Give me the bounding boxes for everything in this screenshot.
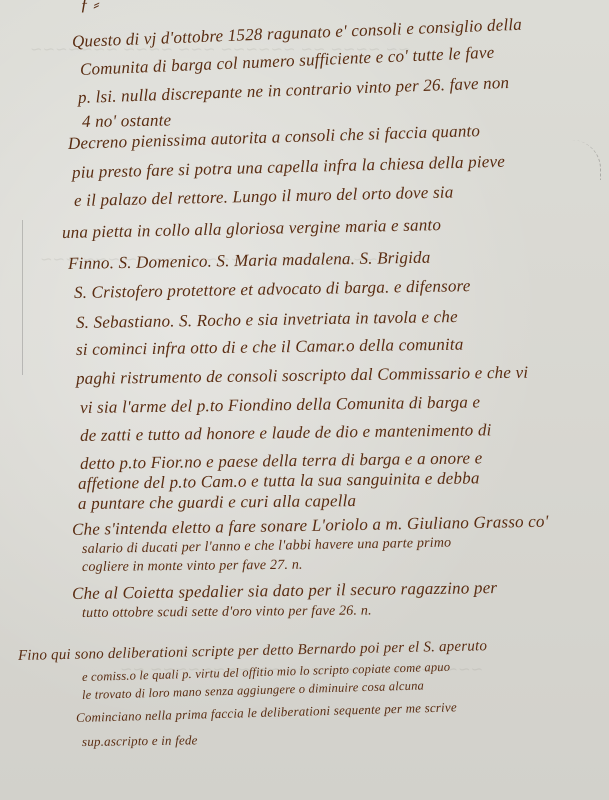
entry-2-line-5: Finno. S. Domenico. S. Maria madalena. S… xyxy=(68,248,431,274)
entry-2-line-4: una pietta in collo alla gloriosa vergin… xyxy=(62,215,441,243)
entry-2-line-8: si cominci infra otto di e che il Camar.… xyxy=(76,335,464,360)
manuscript-page: ~~ ~~~~ ~~ ~~~~~~ ~~~ ~~~~ ~~~~~~~ ~~~~ … xyxy=(0,0,609,800)
entry-1-line-4: 4 no' ostante xyxy=(82,110,172,132)
entry-2-line-10: vi sia l'arme del p.to Fiondino della Co… xyxy=(80,392,480,418)
entry-3-line-3: cogliere in monte vinto per fave 27. n. xyxy=(82,558,303,576)
entry-2-line-9: paghi ristrumento de consoli soscripto d… xyxy=(76,363,528,389)
entry-3-line-2: salario di ducati per l'anno e che l'abb… xyxy=(82,536,452,558)
fold-mark xyxy=(572,140,601,180)
margin-rule xyxy=(22,220,23,375)
entry-3-line-1: Che s'intenda eletto a fare sonare L'ori… xyxy=(72,512,549,540)
entry-5-line-4: Cominciano nella prima faccia le deliber… xyxy=(76,699,457,726)
entry-4-line-2: tutto ottobre scudi sette d'oro vinto pe… xyxy=(82,603,372,622)
entry-2-line-3: e il palazo del rettore. Lungo il muro d… xyxy=(74,182,454,211)
entry-2-line-6: S. Cristofero protettore et advocato di … xyxy=(74,276,471,303)
entry-2-line-7: S. Sebastiano. S. Rocho e sia invetriata… xyxy=(76,307,458,333)
entry-1-line-3: p. lsi. nulla discrepante ne in contrari… xyxy=(78,73,510,108)
entry-2-line-14: a puntare che guardi e curi alla capella xyxy=(78,491,356,514)
entry-2-line-2: piu presto fare si potra una capella inf… xyxy=(72,152,506,183)
entry-4-line-1: Che al Coietta spedalier sia dato per il… xyxy=(72,578,497,604)
top-fragment: ƒ ⸗ xyxy=(80,0,100,15)
entry-2-line-13: affetione del p.to Cam.o e tutta la sua … xyxy=(78,468,480,494)
entry-2-line-11: de zatti e tutto ad honore e laude de di… xyxy=(80,420,492,446)
entry-5-line-5: sup.ascripto e in fede xyxy=(82,732,198,750)
